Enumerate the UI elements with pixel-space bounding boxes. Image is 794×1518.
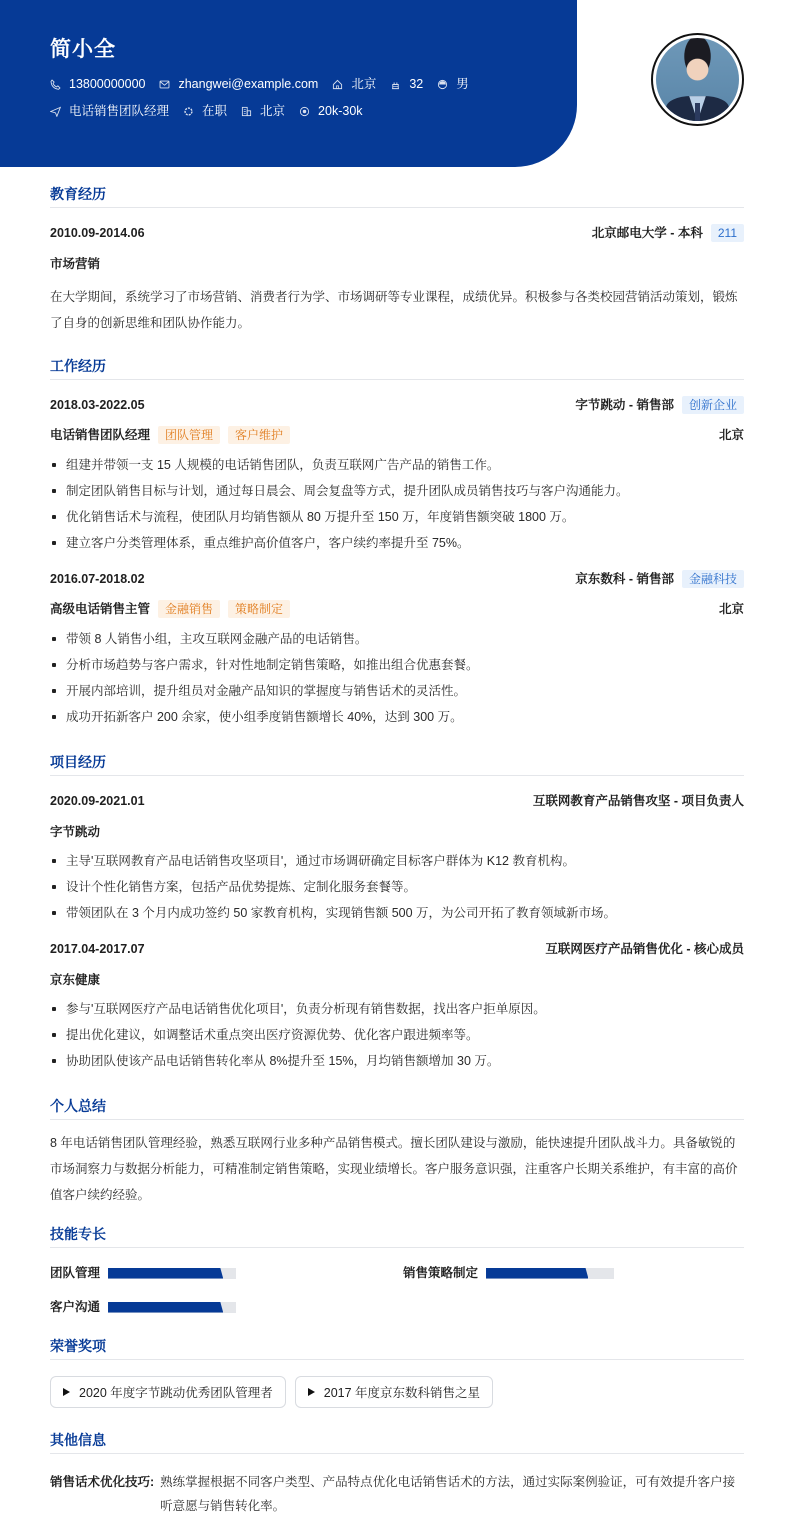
- gender-item: 男: [437, 76, 469, 92]
- target-position-item: 电话销售团队经理: [50, 103, 169, 119]
- list-item: 参与'互联网医疗产品电话销售优化项目'，负责分析现有销售数据，找出客户拒单原因。: [50, 996, 744, 1022]
- section-title-awards: 荣誉奖项: [50, 1336, 744, 1360]
- building-icon: [241, 106, 252, 117]
- list-item: 带领团队在 3 个月内成功签约 50 家教育机构，实现销售额 500 万，为公司…: [50, 900, 744, 926]
- list-item: 主导'互联网教育产品电话销售攻坚项目'，通过市场调研确定目标客户群体为 K12 …: [50, 848, 744, 874]
- skill-tag: 团队管理: [158, 426, 220, 444]
- summary-text: 8 年电话销售团队管理经验，熟悉互联网行业多种产品销售模式。擅长团队建设与激励，…: [50, 1130, 744, 1208]
- other-text: 熟练掌握根据不同客户类型、产品特点优化电话销售话术的方法，通过实际案例验证，可有…: [160, 1470, 744, 1518]
- education-date: 2010.09-2014.06: [50, 224, 145, 242]
- phone-item: 13800000000: [50, 76, 145, 92]
- triangle-right-icon: [308, 1388, 315, 1396]
- award-item[interactable]: 2017 年度京东数科销售之星: [295, 1376, 493, 1408]
- list-item: 提出优化建议，如调整话术重点突出医疗资源优势、优化客户跟进频率等。: [50, 1022, 744, 1048]
- job-position: 电话销售团队经理: [50, 426, 150, 444]
- summary-section: 个人总结 8 年电话销售团队管理经验，熟悉互联网行业多种产品销售模式。擅长团队建…: [50, 1096, 744, 1208]
- employment-status-item: 在职: [183, 103, 227, 119]
- school-badge: 211: [711, 224, 744, 242]
- major: 市场营销: [50, 254, 744, 272]
- list-item: 设计个性化销售方案，包括产品优势提炼、定制化服务套餐等。: [50, 874, 744, 900]
- section-title-projects: 项目经历: [50, 752, 744, 776]
- other-label: 销售话术优化技巧:: [50, 1470, 154, 1518]
- education-entry: 2010.09-2014.06 北京邮电大学 - 本科 211 市场营销 在大学…: [50, 224, 744, 336]
- job-location: 北京: [719, 600, 744, 618]
- company-name: 京东数科 - 销售部: [575, 570, 674, 588]
- award-item[interactable]: 2020 年度字节跳动优秀团队管理者: [50, 1376, 286, 1408]
- list-item: 协助团队使该产品电话销售转化率从 8%提升至 15%，月均销售额增加 30 万。: [50, 1048, 744, 1074]
- job-location: 北京: [719, 426, 744, 444]
- education-description: 在大学期间，系统学习了市场营销、消费者行为学、市场调研等专业课程，成绩优异。积极…: [50, 284, 744, 336]
- skill-item: 销售策略制定: [403, 1264, 744, 1282]
- skills-section: 技能专长 团队管理 销售策略制定 客户沟通: [50, 1224, 744, 1316]
- paper-plane-icon: [50, 106, 61, 117]
- skill-tag: 策略制定: [228, 600, 290, 618]
- list-item: 分析市场趋势与客户需求，针对性地制定销售策略，如推出组合优惠套餐。: [50, 652, 744, 678]
- job-info-row: 电话销售团队经理 在职 北京 20k-30k: [50, 103, 577, 119]
- resume-header: 简小全 13800000000 zhangwei@example.com 北京 …: [0, 0, 577, 167]
- section-title-summary: 个人总结: [50, 1096, 744, 1120]
- school-name: 北京邮电大学 - 本科: [592, 224, 703, 242]
- project-name: 互联网医疗产品销售优化 - 核心成员: [545, 940, 744, 958]
- avatar-photo: [656, 38, 739, 121]
- skill-bar: [486, 1268, 614, 1279]
- project-company: 字节跳动: [50, 822, 744, 840]
- work-entry: 2016.07-2018.02 京东数科 - 销售部 金融科技 高级电话销售主管…: [50, 570, 744, 730]
- project-bullets: 主导'互联网教育产品电话销售攻坚项目'，通过市场调研确定目标客户群体为 K12 …: [50, 848, 744, 926]
- skill-item: 团队管理: [50, 1264, 403, 1282]
- target-city-item: 北京: [241, 103, 285, 119]
- age-item: 32: [390, 76, 423, 92]
- resume-body: 教育经历 2010.09-2014.06 北京邮电大学 - 本科 211 市场营…: [50, 184, 744, 1518]
- section-title-work: 工作经历: [50, 356, 744, 380]
- salary-icon: [299, 106, 310, 117]
- company-badge: 创新企业: [682, 396, 744, 414]
- list-item: 优化销售话术与流程，使团队月均销售额从 80 万提升至 150 万，年度销售额突…: [50, 504, 744, 530]
- avatar: [651, 33, 744, 126]
- project-date: 2020.09-2021.01: [50, 792, 145, 810]
- list-item: 组建并带领一支 15 人规模的电话销售团队，负责互联网广告产品的销售工作。: [50, 452, 744, 478]
- work-entry: 2018.03-2022.05 字节跳动 - 销售部 创新企业 电话销售团队经理…: [50, 396, 744, 556]
- list-item: 开展内部培训，提升组员对金融产品知识的掌握度与销售话术的灵活性。: [50, 678, 744, 704]
- awards-section: 荣誉奖项 2020 年度字节跳动优秀团队管理者 2017 年度京东数科销售之星: [50, 1336, 744, 1408]
- candidate-name: 简小全: [50, 36, 577, 64]
- other-item: 销售话术优化技巧: 熟练掌握根据不同客户类型、产品特点优化电话销售话术的方法，通…: [50, 1470, 744, 1518]
- job-position: 高级电话销售主管: [50, 600, 150, 618]
- triangle-right-icon: [63, 1388, 70, 1396]
- gender-icon: [437, 79, 448, 90]
- work-section: 工作经历 2018.03-2022.05 字节跳动 - 销售部 创新企业 电话销…: [50, 356, 744, 730]
- section-title-other: 其他信息: [50, 1430, 744, 1454]
- company-badge: 金融科技: [682, 570, 744, 588]
- skill-label: 客户沟通: [50, 1298, 100, 1316]
- work-date: 2016.07-2018.02: [50, 570, 145, 588]
- project-date: 2017.04-2017.07: [50, 940, 145, 958]
- work-date: 2018.03-2022.05: [50, 396, 145, 414]
- skill-bar: [108, 1268, 236, 1279]
- list-item: 制定团队销售目标与计划，通过每日晨会、周会复盘等方式，提升团队成员销售技巧与客户…: [50, 478, 744, 504]
- section-title-education: 教育经历: [50, 184, 744, 208]
- skill-bar: [108, 1302, 236, 1313]
- contact-info-row: 13800000000 zhangwei@example.com 北京 32 男: [50, 76, 577, 92]
- work-bullets: 组建并带领一支 15 人规模的电话销售团队，负责互联网广告产品的销售工作。 制定…: [50, 452, 744, 556]
- project-company: 京东健康: [50, 970, 744, 988]
- list-item: 成功开拓新客户 200 余家，使小组季度销售额增长 40%，达到 300 万。: [50, 704, 744, 730]
- skill-label: 团队管理: [50, 1264, 100, 1282]
- project-name: 互联网教育产品销售攻坚 - 项目负责人: [533, 792, 744, 810]
- skill-item: 客户沟通: [50, 1298, 403, 1316]
- skill-label: 销售策略制定: [403, 1264, 478, 1282]
- salary-item: 20k-30k: [299, 103, 362, 119]
- phone-icon: [50, 79, 61, 90]
- home-icon: [332, 79, 343, 90]
- work-bullets: 带领 8 人销售小组，主攻互联网金融产品的电话销售。 分析市场趋势与客户需求，针…: [50, 626, 744, 730]
- skill-tag: 客户维护: [228, 426, 290, 444]
- age-icon: [390, 79, 401, 90]
- mail-icon: [159, 79, 170, 90]
- email-item: zhangwei@example.com: [159, 76, 318, 92]
- skill-tag: 金融销售: [158, 600, 220, 618]
- list-item: 带领 8 人销售小组，主攻互联网金融产品的电话销售。: [50, 626, 744, 652]
- section-title-skills: 技能专长: [50, 1224, 744, 1248]
- status-icon: [183, 106, 194, 117]
- project-entry: 2020.09-2021.01 互联网教育产品销售攻坚 - 项目负责人 字节跳动…: [50, 792, 744, 926]
- other-section: 其他信息 销售话术优化技巧: 熟练掌握根据不同客户类型、产品特点优化电话销售话术…: [50, 1430, 744, 1518]
- projects-section: 项目经历 2020.09-2021.01 互联网教育产品销售攻坚 - 项目负责人…: [50, 752, 744, 1074]
- list-item: 建立客户分类管理体系，重点维护高价值客户，客户续约率提升至 75%。: [50, 530, 744, 556]
- location-item: 北京: [332, 76, 376, 92]
- project-entry: 2017.04-2017.07 互联网医疗产品销售优化 - 核心成员 京东健康 …: [50, 940, 744, 1074]
- company-name: 字节跳动 - 销售部: [575, 396, 674, 414]
- education-section: 教育经历 2010.09-2014.06 北京邮电大学 - 本科 211 市场营…: [50, 184, 744, 336]
- project-bullets: 参与'互联网医疗产品电话销售优化项目'，负责分析现有销售数据，找出客户拒单原因。…: [50, 996, 744, 1074]
